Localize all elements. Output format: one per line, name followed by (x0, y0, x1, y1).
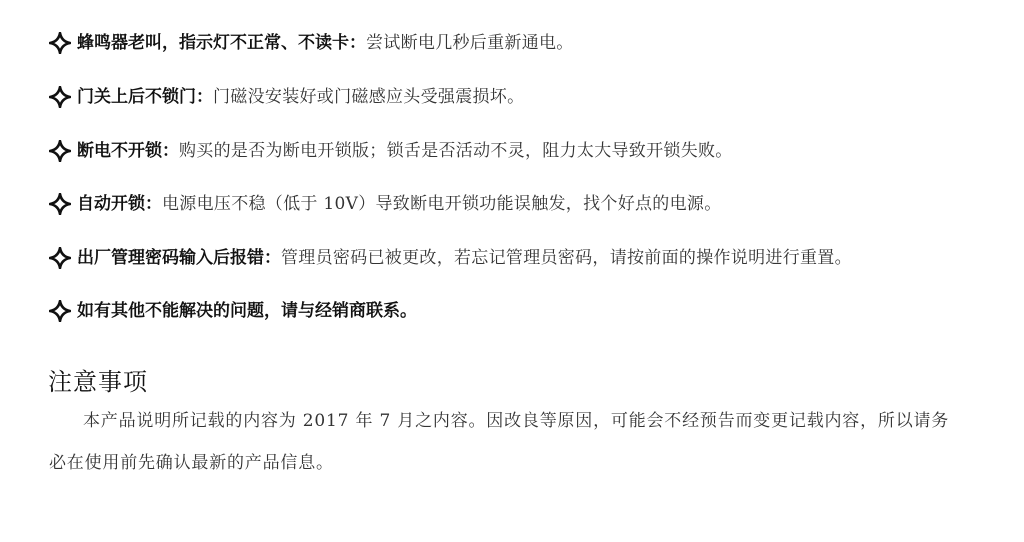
issue-description: 购买的是否为断电开锁版；锁舌是否活动不灵，阻力太大导致开锁失败。 (179, 138, 733, 164)
troubleshooting-item: 自动开锁： 电源电压不稳（低于 10V）导致断电开锁功能误触发，找个好点的电源。 (49, 191, 722, 217)
troubleshooting-item: 断电不开锁： 购买的是否为断电开锁版；锁舌是否活动不灵，阻力太大导致开锁失败。 (49, 138, 733, 164)
notes-paragraph-line-1: 本产品说明所记载的内容为 2017 年 7 月之内容。因改良等原因，可能会不经预… (49, 408, 984, 434)
four-point-star-icon (49, 247, 71, 269)
troubleshooting-item: 门关上后不锁门： 门磁没安装好或门磁感应头受强震损坏。 (49, 84, 524, 110)
issue-description: 管理员密码已被更改，若忘记管理员密码，请按前面的操作说明进行重置。 (281, 245, 852, 271)
troubleshooting-item: 蜂鸣器老叫，指示灯不正常、不读卡： 尝试断电几秒后重新通电。 (49, 30, 574, 56)
four-point-star-icon (49, 140, 71, 162)
issue-description: 电源电压不稳（低于 10V）导致断电开锁功能误触发，找个好点的电源。 (162, 191, 722, 217)
issue-label: 断电不开锁： (77, 138, 179, 164)
issue-label: 如有其他不能解决的问题，请与经销商联系。 (77, 298, 417, 324)
issue-label: 门关上后不锁门： (77, 84, 213, 110)
troubleshooting-item: 如有其他不能解决的问题，请与经销商联系。 (49, 298, 417, 324)
issue-description: 尝试断电几秒后重新通电。 (366, 30, 574, 56)
four-point-star-icon (49, 193, 71, 215)
four-point-star-icon (49, 86, 71, 108)
four-point-star-icon (49, 300, 71, 322)
notes-heading: 注意事项 (48, 366, 148, 398)
issue-label: 蜂鸣器老叫，指示灯不正常、不读卡： (77, 30, 366, 56)
notes-paragraph-line-2: 必在使用前先确认最新的产品信息。 (49, 450, 984, 476)
issue-description: 门磁没安装好或门磁感应头受强震损坏。 (213, 84, 524, 110)
four-point-star-icon (49, 32, 71, 54)
issue-label: 出厂管理密码输入后报错： (77, 245, 281, 271)
issue-label: 自动开锁： (77, 191, 162, 217)
troubleshooting-item: 出厂管理密码输入后报错： 管理员密码已被更改，若忘记管理员密码，请按前面的操作说… (49, 245, 852, 271)
